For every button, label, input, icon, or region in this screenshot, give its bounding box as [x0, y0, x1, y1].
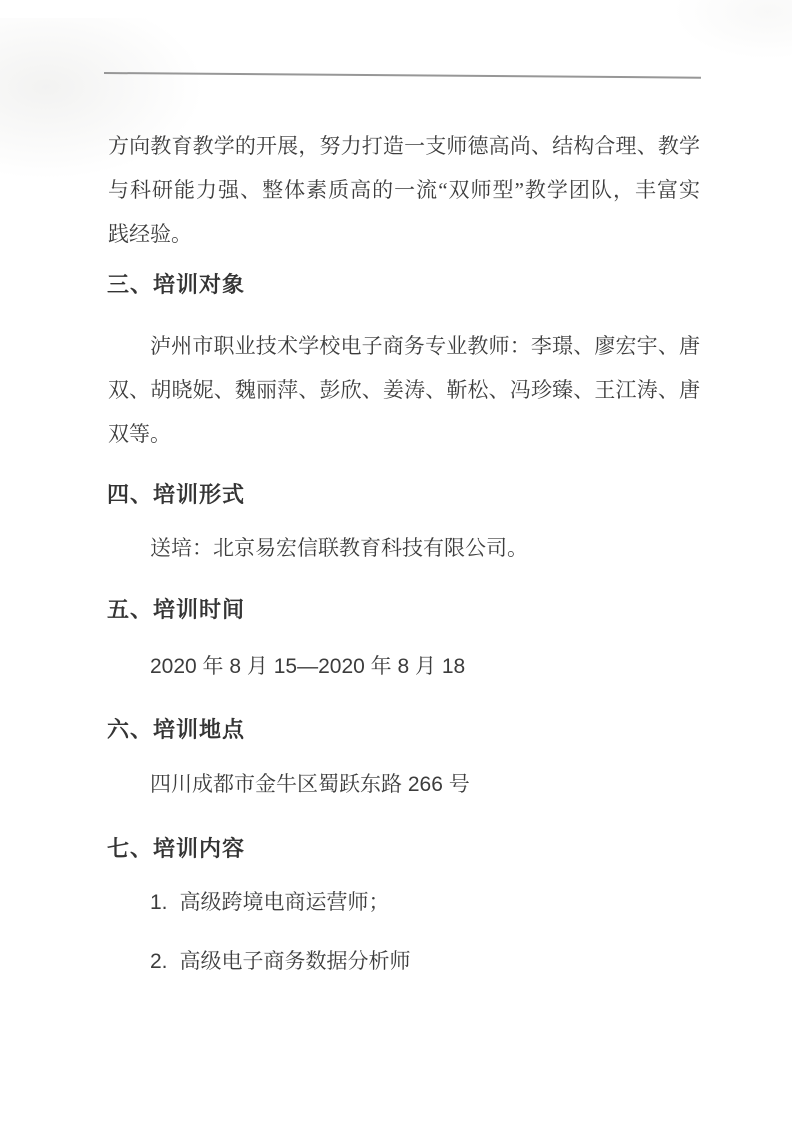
training-time-value: 2020 年 8 月 15—2020 年 8 月 18: [108, 645, 700, 689]
list-item-text: 高级电子商务数据分析师: [180, 950, 411, 973]
training-location-value: 四川成都市金牛区蜀跃东路 266 号: [108, 763, 700, 807]
training-location-paragraph: 四川成都市金牛区蜀跃东路 266 号: [108, 763, 700, 807]
list-item-marker: 2.: [150, 950, 168, 973]
continued-paragraph: 方向教育教学的开展，努力打造一支师德高尚、结构合理、教学 与科研能力强、整体素质…: [108, 124, 700, 256]
training-time-paragraph: 2020 年 8 月 15—2020 年 8 月 18: [108, 645, 700, 689]
section-heading-training-time: 五、培训时间: [107, 595, 245, 624]
list-item-marker: 1.: [150, 891, 168, 914]
paragraph-line: 泸州市职业技术学校电子商务专业教师：李璟、廖宏宇、唐: [108, 324, 700, 368]
paragraph-line: 双等。: [108, 412, 700, 456]
list-item-text: 高级跨境电商运营师；: [180, 891, 390, 914]
section-heading-training-format: 四、培训形式: [107, 480, 245, 509]
paragraph-line: 方向教育教学的开展，努力打造一支师德高尚、结构合理、教学: [108, 124, 700, 168]
list-item: 2.高级电子商务数据分析师: [108, 940, 700, 984]
paragraph-line: 与科研能力强、整体素质高的一流“双师型”教学团队，丰富实: [108, 168, 700, 212]
scanned-document-page: 方向教育教学的开展，努力打造一支师德高尚、结构合理、教学 与科研能力强、整体素质…: [0, 0, 792, 1133]
paragraph-line: 践经验。: [108, 212, 700, 256]
training-targets-paragraph: 泸州市职业技术学校电子商务专业教师：李璟、廖宏宇、唐 双、胡晓妮、魏丽萍、彭欣、…: [108, 324, 700, 456]
paragraph-line: 送培：北京易宏信联教育科技有限公司。: [108, 526, 700, 570]
training-format-paragraph: 送培：北京易宏信联教育科技有限公司。: [108, 526, 700, 570]
section-heading-training-content: 七、培训内容: [107, 834, 245, 863]
section-heading-training-location: 六、培训地点: [107, 715, 245, 744]
scan-artifact-top-right: [672, 0, 792, 60]
paragraph-line: 双、胡晓妮、魏丽萍、彭欣、姜涛、靳松、冯珍臻、王江涛、唐: [108, 368, 700, 412]
list-item: 1.高级跨境电商运营师；: [108, 881, 700, 925]
section-heading-training-targets: 三、培训对象: [107, 270, 245, 299]
header-divider-line: [104, 72, 701, 79]
